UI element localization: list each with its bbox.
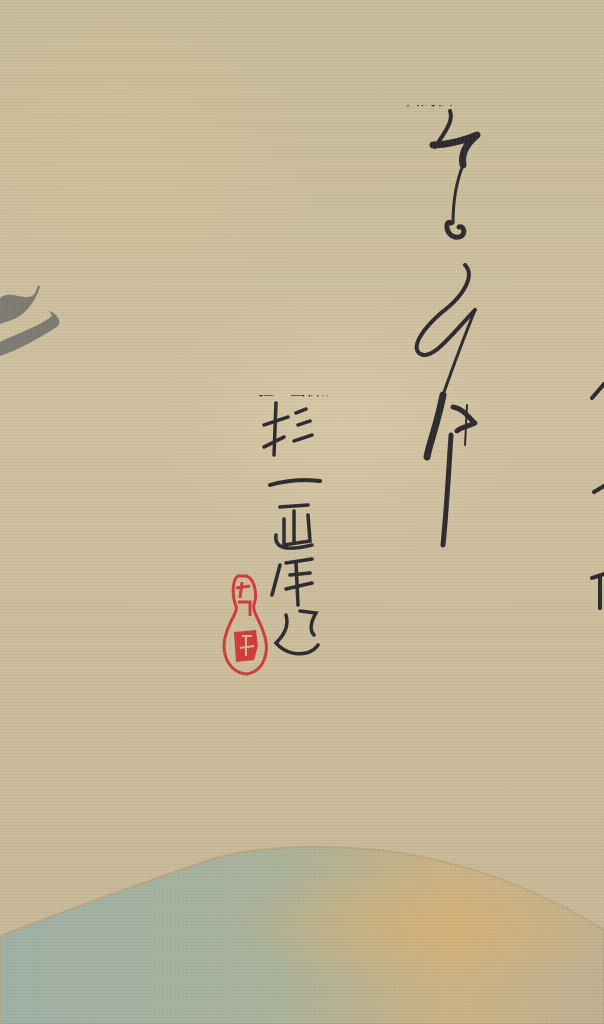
right-edge-partial-inscription (588, 380, 604, 610)
scroll-painting: 白鳥仙 拄一画併題 (0, 0, 604, 1024)
svg-text:拄一画併題: 拄一画併題 (258, 395, 328, 399)
main-inscription: 白鳥仙 (405, 105, 505, 555)
red-gourd-seal-icon (220, 572, 272, 678)
svg-text:白鳥仙: 白鳥仙 (405, 105, 453, 109)
ink-wash-bird-icon (0, 280, 80, 370)
